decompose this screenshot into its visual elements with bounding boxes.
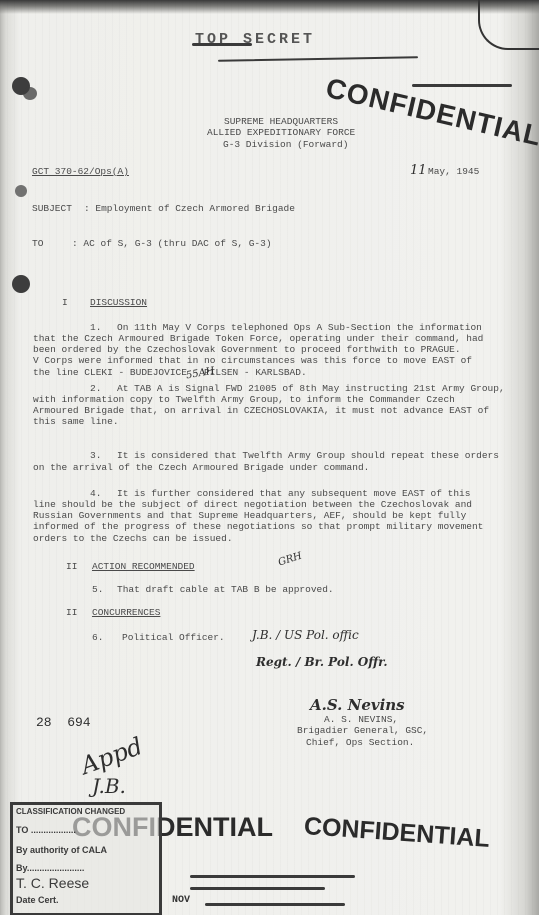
pen-curve (478, 0, 539, 50)
classification-change-stamp: CLASSIFICATION CHANGED TO ..............… (10, 802, 162, 915)
strikethrough-line (218, 56, 418, 61)
section-title-concurrences: CONCURRENCES (92, 607, 160, 619)
paragraph-number: 3. (90, 450, 101, 462)
document-page: TOP SECRET CONFIDENTIAL SUPREME HEADQUAR… (0, 0, 539, 915)
stamp-bar (412, 84, 512, 87)
paragraph-line: informed of the progress of these negoti… (33, 521, 483, 533)
classification-line: CLASSIFICATION CHANGED (16, 807, 125, 816)
subject-label: SUBJECT (32, 203, 72, 215)
paragraph-line: It is considered that Twelfth Army Group… (117, 450, 499, 462)
classification-line: By authority of CALA (16, 845, 107, 855)
section-numeral: I (62, 297, 68, 309)
date: May, 1945 (428, 166, 479, 178)
paragraph-line: on the arrival of the Czech Armoured Bri… (33, 462, 369, 474)
paragraph-line: V Corps were informed that in no circums… (33, 355, 472, 367)
paragraph-number: 6. (92, 632, 103, 644)
section-numeral: II (66, 561, 77, 573)
punch-hole (12, 275, 30, 293)
strikethrough-line (190, 875, 355, 878)
handwritten-signature: A.S. Nevins (310, 696, 405, 714)
paragraph-line: orders to the Czechs can be issued. (33, 533, 233, 545)
paragraph-line: Political Officer. (122, 632, 225, 644)
handwritten-concurrence: J.B. / US Pol. offic (252, 628, 359, 642)
header-line-2: ALLIED EXPEDITIONARY FORCE (207, 127, 355, 139)
handwritten-approval: J.B. (92, 774, 126, 798)
strikethrough-line (190, 887, 325, 890)
classification-line: By....................... (16, 863, 84, 873)
strikethrough-line (192, 43, 252, 46)
classification-line: T. C. Reese (16, 875, 89, 891)
signature-rank: Brigadier General, GSC, (297, 725, 428, 737)
handwritten-day: 11 (410, 163, 427, 178)
section-title-discussion: DISCUSSION (90, 297, 147, 309)
subject-text: : Employment of Czech Armored Brigade (84, 203, 295, 215)
paragraph-line: That draft cable at TAB B be approved. (117, 584, 334, 596)
classification-line: TO .................. (16, 825, 76, 835)
to-label: TO (32, 238, 43, 250)
handwritten-note: GRH (277, 551, 303, 569)
paragraph-number: 5. (92, 584, 103, 596)
date-stamp-fragment: NOV (172, 895, 190, 907)
file-number: 28 694 (36, 717, 91, 729)
punch-hole (15, 185, 27, 197)
strikethrough-line (205, 903, 345, 906)
to-text: : AC of S, G-3 (thru DAC of S, G-3) (72, 238, 272, 250)
handwritten-concurrence: Regt. / Br. Pol. Offr. (256, 655, 388, 669)
classification-line: Date Cert. (16, 895, 59, 905)
section-numeral: II (66, 607, 77, 619)
punch-hole (23, 87, 37, 100)
signature-title: Chief, Ops Section. (306, 737, 414, 749)
reference-number: GCT 370-62/Ops(A) (32, 166, 129, 178)
handwritten-approval: Appd (77, 732, 146, 780)
header-line-3: G-3 Division (Forward) (223, 139, 348, 151)
section-title-action-recommended: ACTION RECOMMENDED (92, 561, 195, 573)
paragraph-line: this same line. (33, 416, 119, 428)
paragraph-line: the line CLEKI - BUDEJOVICE - PILSEN - K… (33, 367, 307, 379)
scan-top-shadow (0, 0, 539, 14)
confidential-stamp-bottom: CONFIDENTIAL (303, 812, 491, 854)
